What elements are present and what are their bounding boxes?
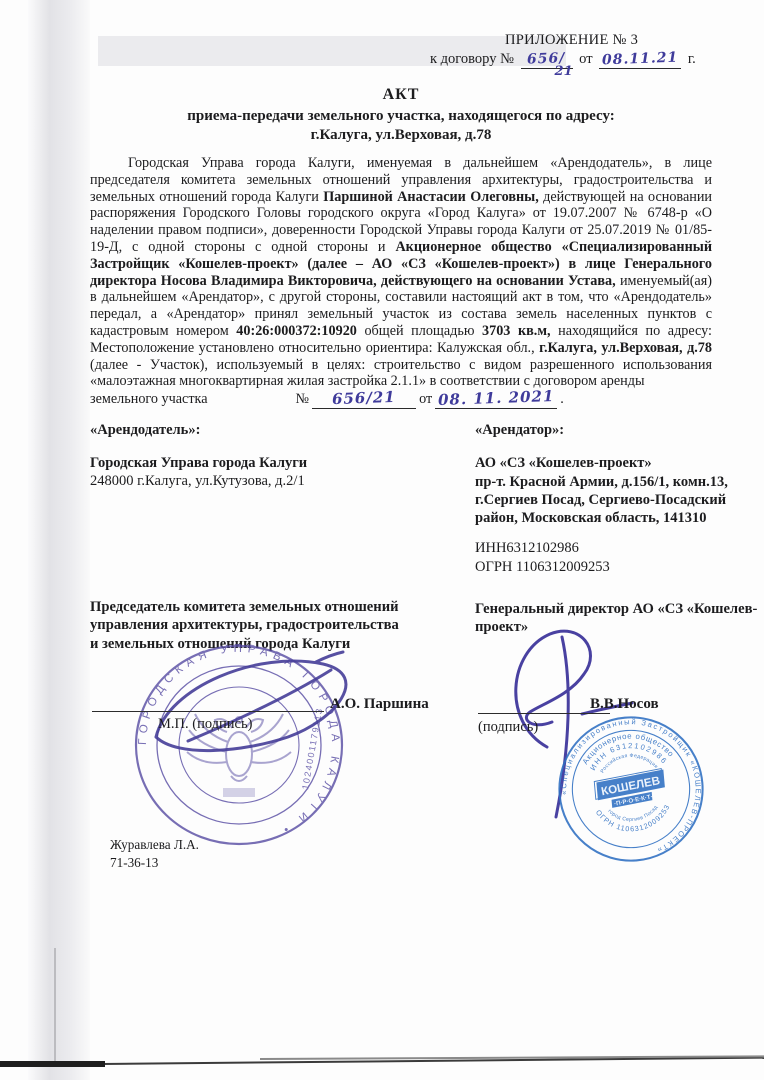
paragraph-text: (далее - Участок), используемый в целях:… <box>90 357 712 390</box>
lessee-inn: ИНН6312102986 <box>475 540 579 557</box>
lessor-title-line: управления архитектуры, градостроительст… <box>90 616 399 634</box>
scan-fold-line <box>54 948 56 1064</box>
lessee-signature-line <box>478 713 610 714</box>
paragraph-text: общей площадью <box>357 323 482 339</box>
agreement-date-blank: 08. 11. 2021 <box>435 389 557 409</box>
main-paragraph: Городская Управа города Калуги, именуема… <box>90 155 712 390</box>
signer-name-bold: Паршиной Анастасии Олеговны, <box>323 189 539 205</box>
number-sign: № <box>296 391 310 408</box>
lessee-address-line: г.Сергиев Посад, Сергиево-Посадский <box>475 491 726 509</box>
scan-edge-shadow <box>28 0 90 1080</box>
cadastral-number-bold: 40:26:000372:10920 <box>236 323 357 339</box>
contract-number-denominator: 21 <box>555 64 573 79</box>
lessee-signer-name: В.В.Носов <box>590 696 659 713</box>
agreement-number-blank: 656/21 <box>312 389 416 409</box>
lessee-ogrn: ОГРН 1106312009253 <box>475 559 610 576</box>
contract-reference-line: к договору № 656/21 от 08.11.21 г. <box>430 51 696 69</box>
lessor-signature-caption: М.П. (подпись) <box>158 716 252 733</box>
lessee-heading: «Арендатор»: <box>475 422 564 439</box>
agreement-number-handwritten: 656/21 <box>332 388 396 408</box>
executor-name: Журавлева Л.А. <box>110 836 199 854</box>
blank-lead-text: земельного участка <box>90 391 208 408</box>
lessee-address-line: район, Московская область, 141310 <box>475 509 707 527</box>
agreement-date-handwritten: 08. 11. 2021 <box>438 387 555 409</box>
appendix-label: ПРИЛОЖЕНИЕ № 3 <box>505 32 638 49</box>
year-suffix: г. <box>688 51 696 67</box>
lessor-name: Городская Управа города Калуги <box>90 455 307 472</box>
scanned-document-page: ПРИЛОЖЕНИЕ № 3 к договору № 656/21 от 08… <box>0 0 764 1080</box>
executor-block: Журавлева Л.А. 71-36-13 <box>110 836 199 872</box>
lessee-name: АО «СЗ «Кошелев-проект» <box>475 455 652 472</box>
lessor-signer-name: А.О. Паршина <box>330 696 429 713</box>
lessee-address-line: пр-т. Красной Армии, д.156/1, комн.13, <box>475 473 728 491</box>
scan-bottom-edge <box>0 1061 105 1067</box>
executor-phone: 71-36-13 <box>110 854 199 872</box>
lessor-signature-line <box>92 711 324 712</box>
document-title: АКТ приема-передачи земельного участка, … <box>90 86 712 145</box>
lessor-heading: «Арендодатель»: <box>90 422 200 439</box>
lessor-title-line: Председатель комитета земельных отношени… <box>90 598 399 616</box>
contract-blank-line: земельного участка № 656/21 от 08. 11. 2… <box>90 389 712 409</box>
koshelev-logo: КОШЕЛЕВ ·П·Р·О·Е·К·Т· <box>592 768 668 811</box>
title-subject: приема-передачи земельного участка, нахо… <box>90 107 712 126</box>
koshelev-company-stamp: «Специализированный Застройщик «КОШЕЛЕВ-… <box>524 705 738 872</box>
contract-number-blank: 656/21 <box>521 51 573 69</box>
area-bold: 3703 кв.м, <box>482 323 551 339</box>
plot-address-bold: г.Калуга, ул.Верховая, д.78 <box>539 340 712 356</box>
lessor-address: 248000 г.Калуга, ул.Кутузова, д.2/1 <box>90 473 305 490</box>
period: . <box>560 391 564 408</box>
contract-date-blank: 08.11.21 <box>599 51 681 69</box>
contract-date-handwritten: 08.11.21 <box>602 50 679 69</box>
title-address: г.Калуга, ул.Верховая, д.78 <box>90 126 712 145</box>
from-word: от <box>579 51 592 67</box>
contract-prefix: к договору № <box>430 51 514 67</box>
title-act: АКТ <box>90 86 712 104</box>
from-word: от <box>419 391 432 408</box>
